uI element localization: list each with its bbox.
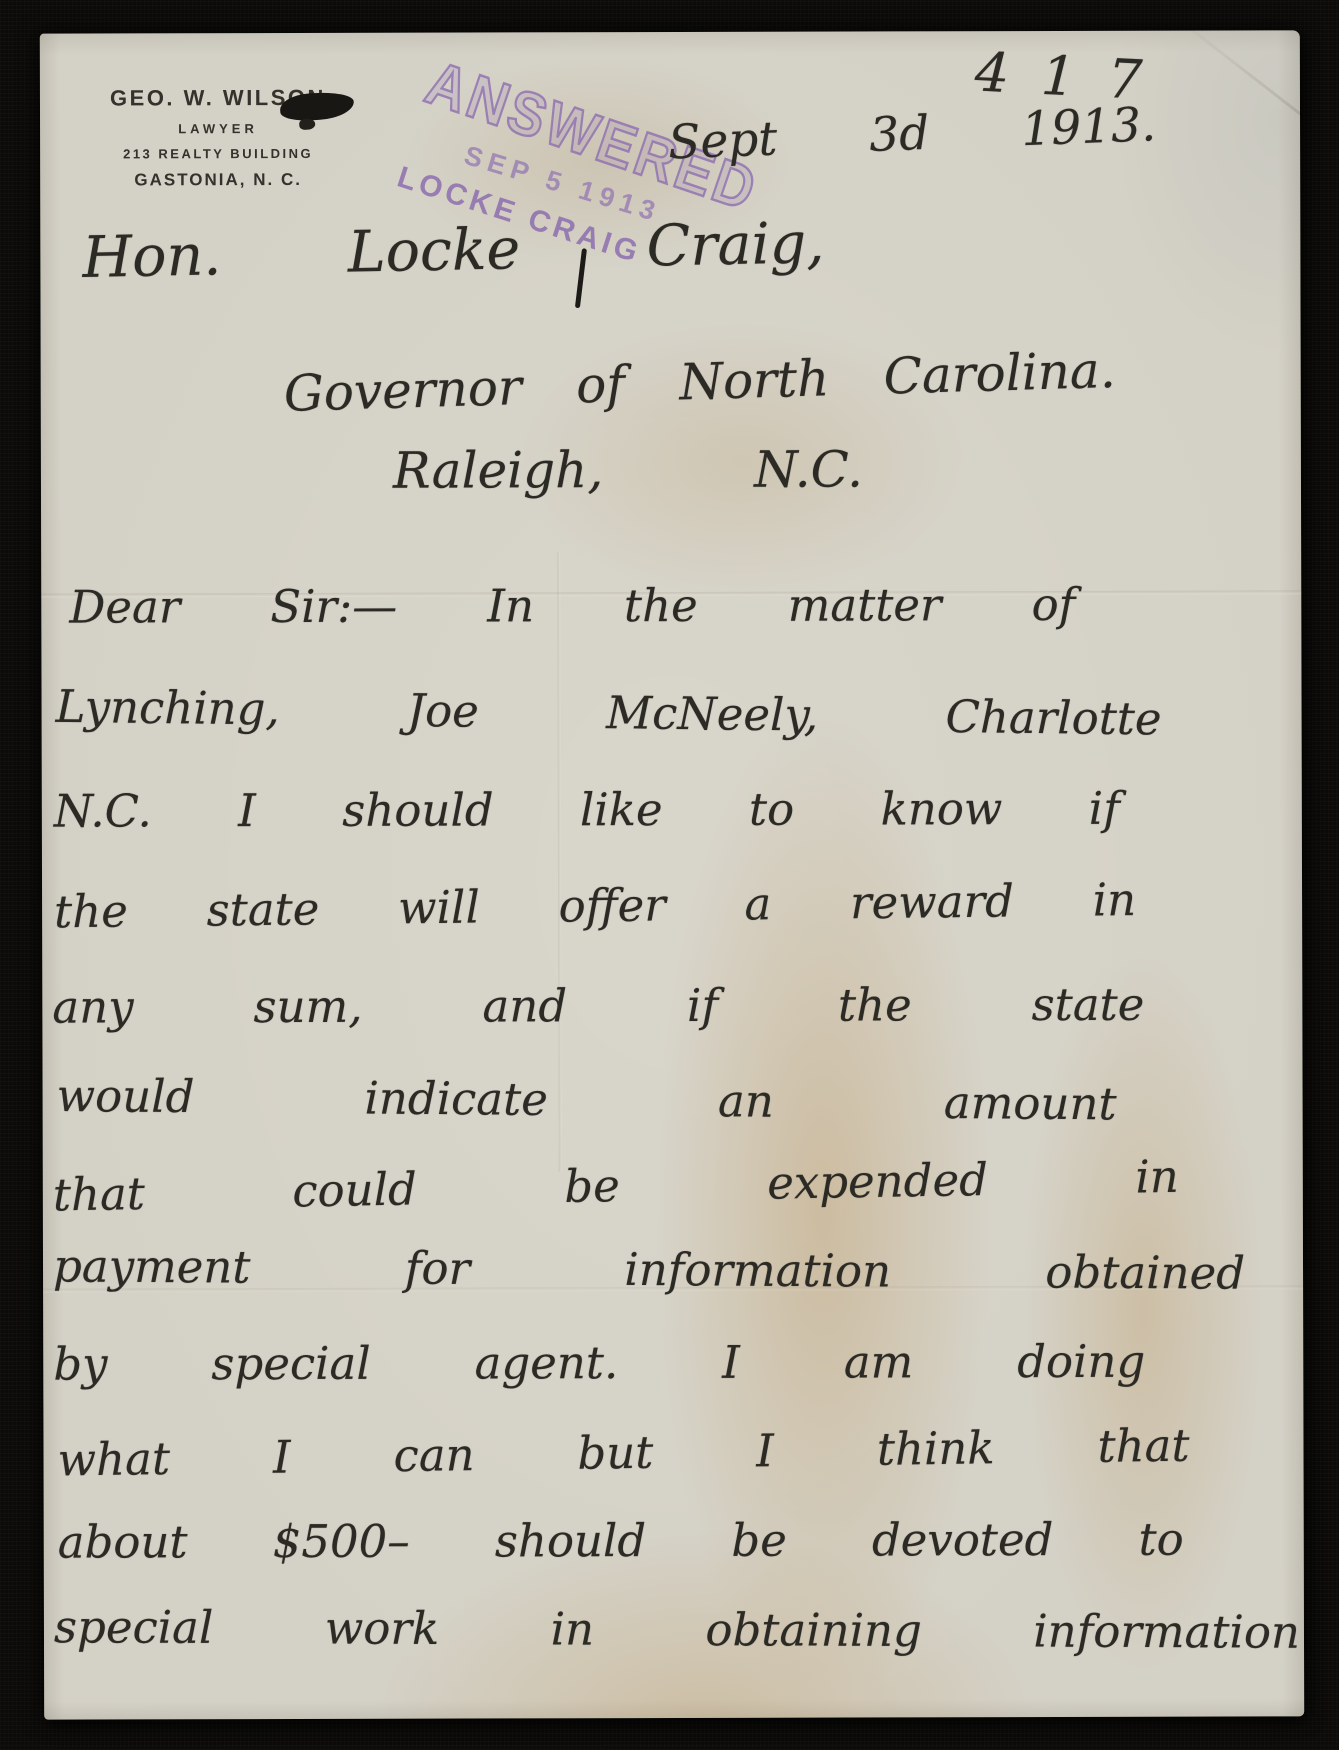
letter-paper-sheet: GEO. W. WILSON LAWYER 213 REALTY BUILDIN… (40, 30, 1304, 1719)
body-line: by special agent. I am doing (53, 1336, 1145, 1391)
body-line: any sum, and if the state (52, 979, 1144, 1034)
body-line: about $500– should be devoted to (58, 1514, 1184, 1569)
body-line: Lynching, Joe McNeely, Charlotte (55, 681, 1162, 745)
body-line: that could be expended in (52, 1151, 1179, 1221)
body-line: would indicate an amount (56, 1070, 1116, 1130)
body-line: what I can but I think that (57, 1420, 1190, 1487)
body-line: payment for information obtained (53, 1240, 1245, 1299)
photographed-letter-scan: { "archive": { "page_number": "417" }, "… (0, 0, 1339, 1750)
recipient-name: Hon. Locke Craig, (82, 211, 825, 291)
letterhead-address: 213 REALTY BUILDING (92, 146, 344, 162)
body-line: the state will offer a reward in (54, 874, 1137, 938)
recipient-city: Raleigh, N.C. (393, 441, 863, 500)
body-line: Dear Sir:— In the matter of (69, 579, 1075, 633)
body-line: special work in obtaining information (54, 1601, 1300, 1658)
letterhead-city: GASTONIA, N. C. (92, 170, 344, 191)
letter-date: Sept 3d 1913. (667, 98, 1157, 170)
recipient-title: Governor of North Carolina. (283, 342, 1116, 423)
body-line: N.C. I should like to know if (54, 783, 1120, 838)
